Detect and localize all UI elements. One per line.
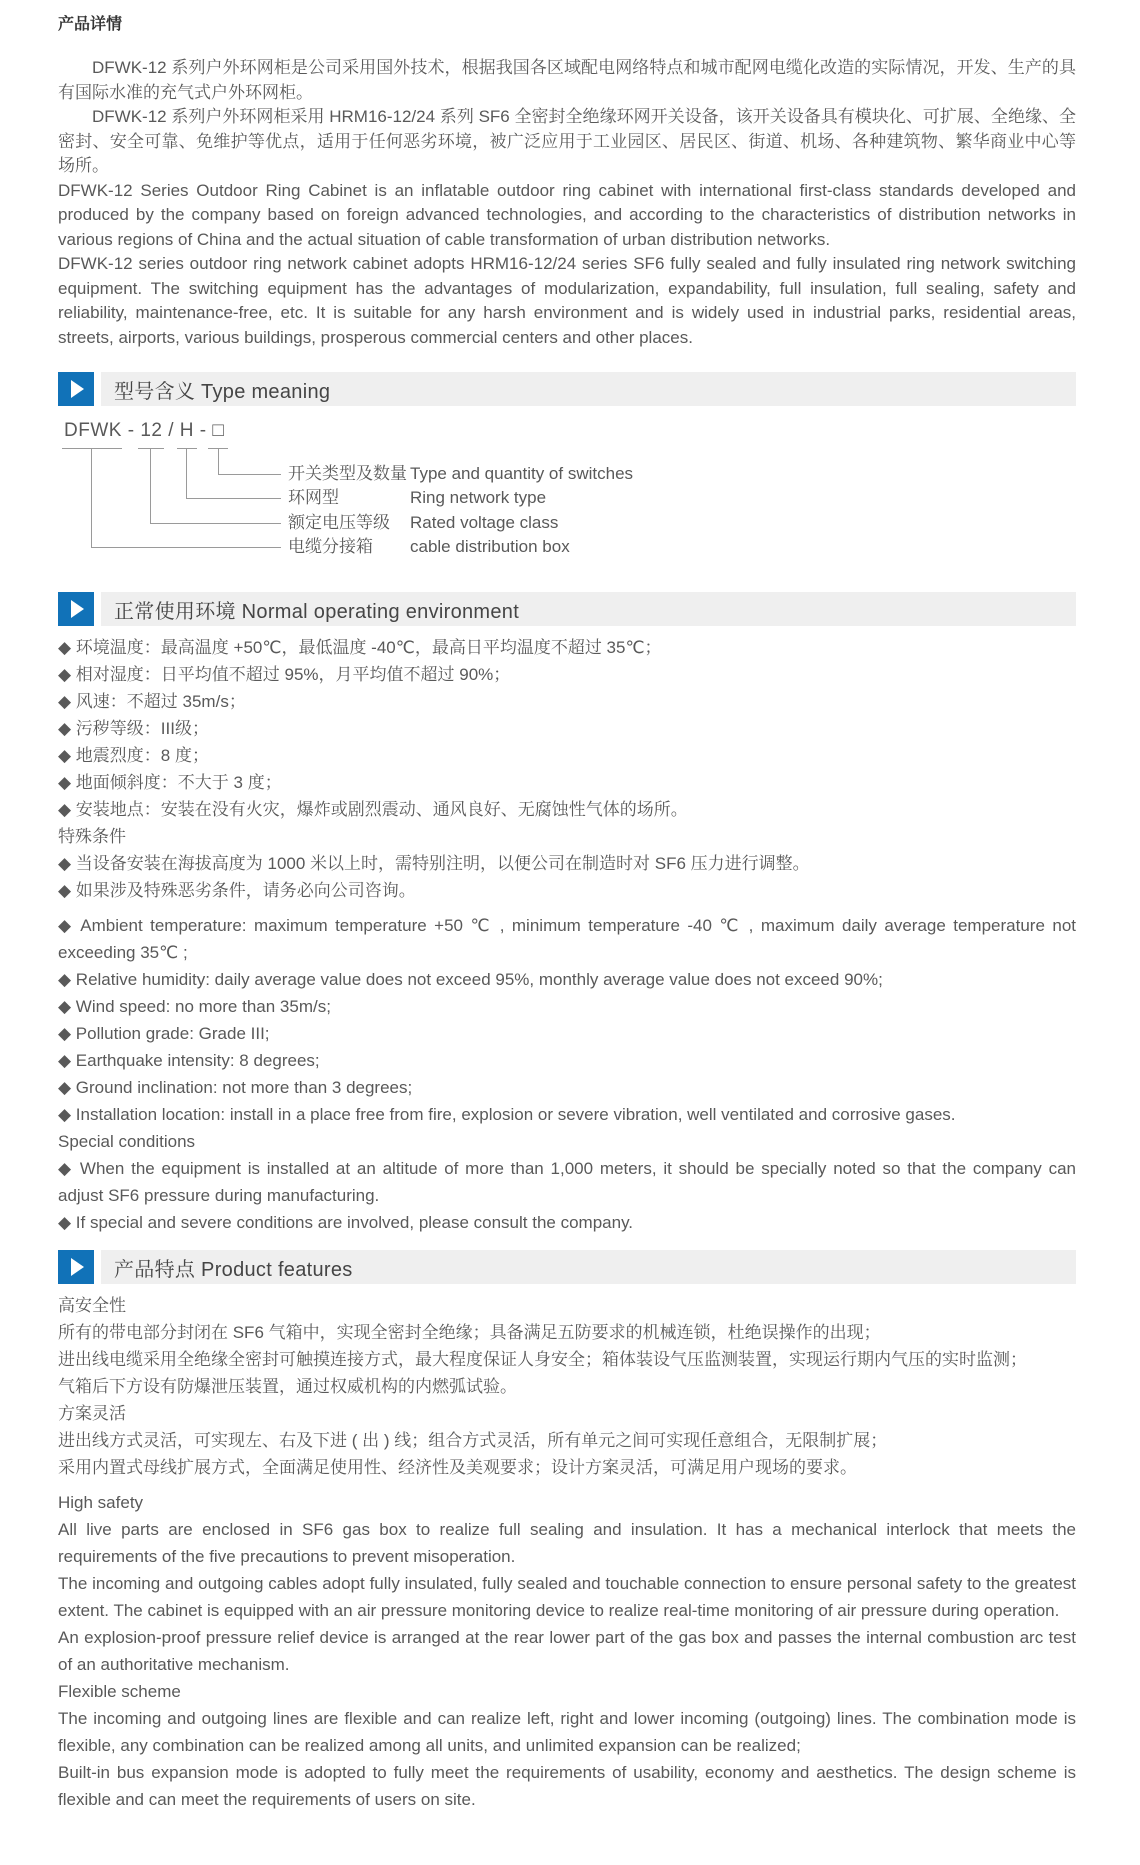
feature-item-en: An explosion-proof pressure relief devic…: [58, 1624, 1076, 1678]
section-title-bar: 产品特点 Product features: [101, 1250, 1076, 1284]
feature-subheading-zh: 高安全性: [58, 1292, 1076, 1319]
features-list-zh: 高安全性 所有的带电部分封闭在 SF6 气箱中，实现全密封全绝缘；具备满足五防要…: [58, 1292, 1076, 1481]
env-item-en: ◆ Earthquake intensity: 8 degrees;: [58, 1047, 1076, 1074]
env-item-en: ◆ Relative humidity: daily average value…: [58, 966, 1076, 993]
intro-block: DFWK-12 系列户外环网柜是公司采用国外技术，根据我国各区域配电网络特点和城…: [58, 56, 1076, 350]
env-subheading-en: Special conditions: [58, 1128, 1076, 1155]
section-title: 产品特点 Product features: [114, 1253, 353, 1282]
section-title: 正常使用环境 Normal operating environment: [114, 595, 519, 624]
env-item-en: ◆ Ambient temperature: maximum temperatu…: [58, 912, 1076, 966]
env-item-en: ◆ When the equipment is installed at an …: [58, 1155, 1076, 1209]
env-item-zh: ◆ 当设备安装在海拔高度为 1000 米以上时，需特别注明，以便公司在制造时对 …: [58, 850, 1076, 877]
env-item-zh: ◆ 地面倾斜度：不大于 3 度；: [58, 769, 1076, 796]
env-item-zh: ◆ 安装地点：安装在没有火灾，爆炸或剧烈震动、通风良好、无腐蚀性气体的场所。: [58, 796, 1076, 823]
play-arrow-icon: [58, 372, 94, 406]
intro-paragraph-en: DFWK-12 Series Outdoor Ring Cabinet is a…: [58, 179, 1076, 253]
feature-subheading-en: Flexible scheme: [58, 1678, 1076, 1705]
feature-item-en: The incoming and outgoing cables adopt f…: [58, 1570, 1076, 1624]
env-item-zh: ◆ 如果涉及特殊恶劣条件，请务必向公司咨询。: [58, 877, 1076, 904]
section-header-features: 产品特点 Product features: [58, 1250, 1076, 1284]
feature-item-zh: 进出线电缆采用全绝缘全密封可触摸连接方式，最大程度保证人身安全；箱体装设气压监测…: [58, 1346, 1076, 1373]
env-item-zh: ◆ 相对湿度：日平均值不超过 95%，月平均值不超过 90%；: [58, 661, 1076, 688]
section-header-environment: 正常使用环境 Normal operating environment: [58, 592, 1076, 626]
environment-list-zh: ◆ 环境温度：最高温度 +50℃，最低温度 -40℃，最高日平均温度不超过 35…: [58, 634, 1076, 904]
section-header-type-meaning: 型号含义 Type meaning: [58, 372, 1076, 406]
play-arrow-icon: [58, 592, 94, 626]
intro-paragraph-en: DFWK-12 series outdoor ring network cabi…: [58, 252, 1076, 350]
env-item-zh: ◆ 风速：不超过 35m/s；: [58, 688, 1076, 715]
env-item-en: ◆ Ground inclination: not more than 3 de…: [58, 1074, 1076, 1101]
features-list-en: High safety All live parts are enclosed …: [58, 1489, 1076, 1813]
env-item-zh: ◆ 污秽等级：III级；: [58, 715, 1076, 742]
connector-line: [91, 448, 281, 548]
page-title: 产品详情: [58, 14, 1076, 36]
feature-item-en: The incoming and outgoing lines are flex…: [58, 1705, 1076, 1759]
env-item-zh: ◆ 环境温度：最高温度 +50℃，最低温度 -40℃，最高日平均温度不超过 35…: [58, 634, 1076, 661]
play-arrow-icon: [58, 1250, 94, 1284]
product-detail-page: 产品详情 DFWK-12 系列户外环网柜是公司采用国外技术，根据我国各区域配电网…: [0, 0, 1140, 1813]
feature-subheading-zh: 方案灵活: [58, 1400, 1076, 1427]
env-item-en: ◆ Installation location: install in a pl…: [58, 1101, 1076, 1128]
section-title-bar: 型号含义 Type meaning: [101, 372, 1076, 406]
diagram-label-en: Rated voltage class: [410, 511, 558, 536]
diagram-label-en: cable distribution box: [410, 535, 570, 560]
diagram-label-zh: 环网型: [288, 486, 339, 511]
env-item-zh: ◆ 地震烈度：8 度；: [58, 742, 1076, 769]
feature-item-zh: 所有的带电部分封闭在 SF6 气箱中，实现全密封全绝缘；具备满足五防要求的机械连…: [58, 1319, 1076, 1346]
intro-paragraph-zh: DFWK-12 系列户外环网柜采用 HRM16-12/24 系列 SF6 全密封…: [58, 105, 1076, 179]
diagram-label-zh: 额定电压等级: [288, 511, 390, 536]
diagram-label-en: Ring network type: [410, 486, 546, 511]
feature-item-en: Built-in bus expansion mode is adopted t…: [58, 1759, 1076, 1813]
model-diagram: DFWK - 12 / H - □ 开关类型及数量 Type and quant…: [58, 418, 1076, 568]
model-code: DFWK - 12 / H - □: [64, 420, 224, 442]
feature-item-zh: 进出线方式灵活，可实现左、右及下进 ( 出 ) 线；组合方式灵活，所有单元之间可…: [58, 1427, 1076, 1454]
env-item-en: ◆ Pollution grade: Grade III;: [58, 1020, 1076, 1047]
section-title: 型号含义 Type meaning: [114, 375, 330, 404]
feature-item-zh: 采用内置式母线扩展方式，全面满足使用性、经济性及美观要求；设计方案灵活，可满足用…: [58, 1454, 1076, 1481]
intro-paragraph-zh: DFWK-12 系列户外环网柜是公司采用国外技术，根据我国各区域配电网络特点和城…: [58, 56, 1076, 105]
feature-item-zh: 气箱后下方设有防爆泄压装置，通过权威机构的内燃弧试验。: [58, 1373, 1076, 1400]
diagram-label-en: Type and quantity of switches: [410, 462, 633, 487]
diagram-label-zh: 电缆分接箱: [288, 535, 373, 560]
env-item-en: ◆ If special and severe conditions are i…: [58, 1209, 1076, 1236]
env-item-en: ◆ Wind speed: no more than 35m/s;: [58, 993, 1076, 1020]
section-title-bar: 正常使用环境 Normal operating environment: [101, 592, 1076, 626]
env-subheading-zh: 特殊条件: [58, 823, 1076, 850]
environment-list-en: ◆ Ambient temperature: maximum temperatu…: [58, 912, 1076, 1236]
feature-item-en: All live parts are enclosed in SF6 gas b…: [58, 1516, 1076, 1570]
diagram-label-zh: 开关类型及数量: [288, 462, 407, 487]
feature-subheading-en: High safety: [58, 1489, 1076, 1516]
